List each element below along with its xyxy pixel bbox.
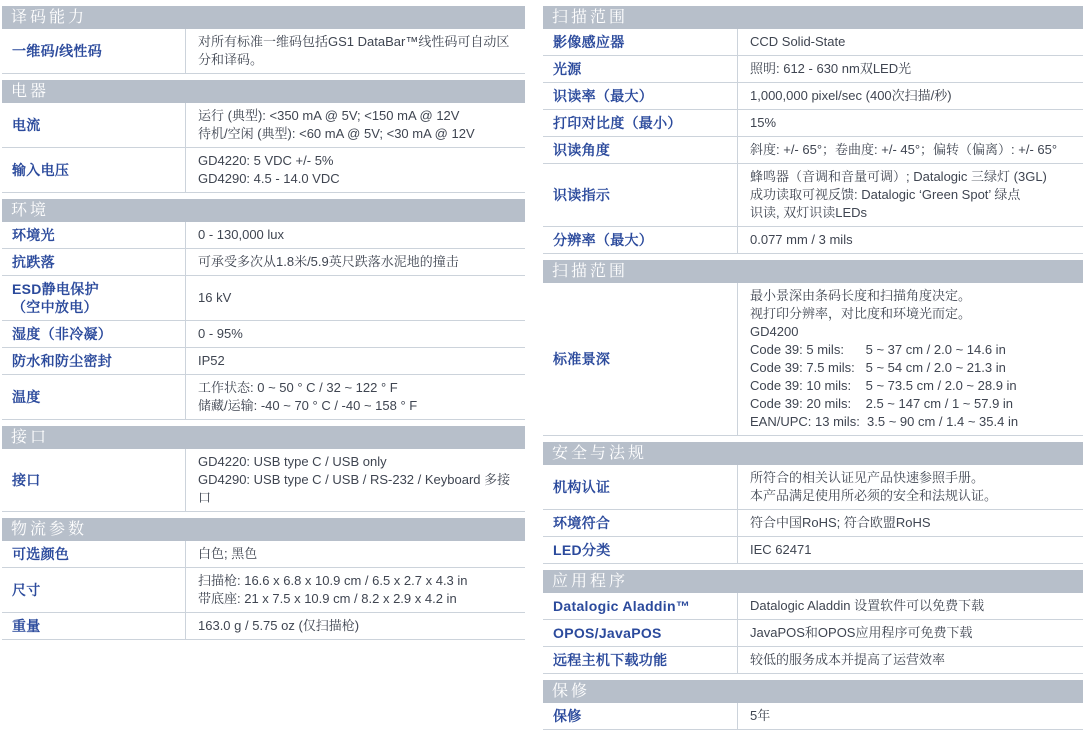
spec-value: 5年 — [737, 703, 1083, 729]
section-title: 应用程序 — [543, 570, 1083, 593]
spec-value: 白色; 黑色 — [185, 541, 525, 567]
spec-label: 尺寸 — [2, 568, 185, 612]
spec-label: 温度 — [2, 375, 185, 419]
spec-value: 扫描枪: 16.6 x 6.8 x 10.9 cm / 6.5 x 2.7 x … — [185, 568, 525, 612]
section-rows: 机构认证 所符合的相关认证见产品快速参照手册。 本产品满足使用所必须的安全和法规… — [543, 465, 1083, 564]
spec-section: 接口 接口 GD4220: USB type C / USB only GD42… — [2, 426, 525, 512]
section-title: 扫描范围 — [543, 6, 1083, 29]
spec-label: ESD静电保护 （空中放电） — [2, 276, 185, 320]
spec-row: 抗跌落 可承受多次从1.8米/5.9英尺跌落水泥地的撞击 — [2, 249, 525, 276]
spec-row: 光源 照明: 612 - 630 nm双LED光 — [543, 56, 1083, 83]
spec-column-right: 扫描范围 影像感应器 CCD Solid-State 光源 照明: 612 - … — [543, 6, 1083, 745]
spec-label: 接口 — [2, 449, 185, 511]
spec-label: 防水和防尘密封 — [2, 348, 185, 374]
spec-label: 标准景深 — [543, 283, 737, 435]
spec-value: 16 kV — [185, 276, 525, 320]
spec-row: 标准景深 最小景深由条码长度和扫描角度决定。 视打印分辨率，对比度和环境光而定。… — [543, 283, 1083, 436]
section-rows: 影像感应器 CCD Solid-State 光源 照明: 612 - 630 n… — [543, 29, 1083, 254]
spec-row: 电流 运行 (典型): <350 mA @ 5V; <150 mA @ 12V … — [2, 103, 525, 148]
spec-label: 环境光 — [2, 222, 185, 248]
spec-section: 扫描范围 影像感应器 CCD Solid-State 光源 照明: 612 - … — [543, 6, 1083, 254]
spec-row: 机构认证 所符合的相关认证见产品快速参照手册。 本产品满足使用所必须的安全和法规… — [543, 465, 1083, 510]
section-rows: Datalogic Aladdin™ Datalogic Aladdin 设置软… — [543, 593, 1083, 674]
spec-label: 可选颜色 — [2, 541, 185, 567]
section-title: 接口 — [2, 426, 525, 449]
spec-label: 识读率（最大） — [543, 83, 737, 109]
spec-column-left: 译码能力 一维码/线性码 对所有标准一维码包括GS1 DataBar™线性码可自… — [2, 6, 525, 745]
section-title: 译码能力 — [2, 6, 525, 29]
spec-label: 电流 — [2, 103, 185, 147]
spec-label: 输入电压 — [2, 148, 185, 192]
spec-value: 较低的服务成本并提高了运营效率 — [737, 647, 1083, 673]
spec-value: 符合中国RoHS; 符合欧盟RoHS — [737, 510, 1083, 536]
section-rows: 接口 GD4220: USB type C / USB only GD4290:… — [2, 449, 525, 512]
spec-row: LED分类 IEC 62471 — [543, 537, 1083, 564]
spec-value: Datalogic Aladdin 设置软件可以免费下载 — [737, 593, 1083, 619]
spec-value: 1,000,000 pixel/sec (400次扫描/秒) — [737, 83, 1083, 109]
spec-label: 远程主机下载功能 — [543, 647, 737, 673]
section-title: 物流参数 — [2, 518, 525, 541]
spec-value: 0 - 130,000 lux — [185, 222, 525, 248]
spec-label: 打印对比度（最小） — [543, 110, 737, 136]
spec-label: 机构认证 — [543, 465, 737, 509]
spec-label: 保修 — [543, 703, 737, 729]
spec-label: 抗跌落 — [2, 249, 185, 275]
spec-row: 识读角度 斜度: +/- 65°；卷曲度: +/- 45°；偏转（偏离）: +/… — [543, 137, 1083, 164]
spec-value: IP52 — [185, 348, 525, 374]
section-rows: 环境光 0 - 130,000 lux 抗跌落 可承受多次从1.8米/5.9英尺… — [2, 222, 525, 420]
datasheet-spec-page: 译码能力 一维码/线性码 对所有标准一维码包括GS1 DataBar™线性码可自… — [0, 0, 1086, 745]
spec-row: 影像感应器 CCD Solid-State — [543, 29, 1083, 56]
section-rows: 一维码/线性码 对所有标准一维码包括GS1 DataBar™线性码可自动区分和译… — [2, 29, 525, 74]
spec-value: GD4220: 5 VDC +/- 5% GD4290: 4.5 - 14.0 … — [185, 148, 525, 192]
spec-label: OPOS/JavaPOS — [543, 620, 737, 646]
spec-row: 温度 工作状态: 0 ~ 50 ° C / 32 ~ 122 ° F 储藏/运输… — [2, 375, 525, 420]
spec-value: 对所有标准一维码包括GS1 DataBar™线性码可自动区分和译码。 — [185, 29, 525, 73]
section-title: 环境 — [2, 199, 525, 222]
spec-row: 尺寸 扫描枪: 16.6 x 6.8 x 10.9 cm / 6.5 x 2.7… — [2, 568, 525, 613]
spec-row: 重量 163.0 g / 5.75 oz (仅扫描枪) — [2, 613, 525, 640]
spec-row: 保修 5年 — [543, 703, 1083, 730]
section-rows: 标准景深 最小景深由条码长度和扫描角度决定。 视打印分辨率，对比度和环境光而定。… — [543, 283, 1083, 436]
spec-label: 影像感应器 — [543, 29, 737, 55]
spec-label: 识读角度 — [543, 137, 737, 163]
spec-section: 安全与法规 机构认证 所符合的相关认证见产品快速参照手册。 本产品满足使用所必须… — [543, 442, 1083, 564]
spec-section: 保修 保修 5年 — [543, 680, 1083, 730]
spec-value: 工作状态: 0 ~ 50 ° C / 32 ~ 122 ° F 储藏/运输: -… — [185, 375, 525, 419]
section-rows: 电流 运行 (典型): <350 mA @ 5V; <150 mA @ 12V … — [2, 103, 525, 193]
spec-value: 0 - 95% — [185, 321, 525, 347]
spec-label: 湿度（非冷凝） — [2, 321, 185, 347]
spec-label: 光源 — [543, 56, 737, 82]
spec-row: 可选颜色 白色; 黑色 — [2, 541, 525, 568]
section-rows: 保修 5年 — [543, 703, 1083, 730]
spec-section: 电器 电流 运行 (典型): <350 mA @ 5V; <150 mA @ 1… — [2, 80, 525, 193]
spec-row: OPOS/JavaPOS JavaPOS和OPOS应用程序可免费下载 — [543, 620, 1083, 647]
spec-row: ESD静电保护 （空中放电） 16 kV — [2, 276, 525, 321]
spec-row: 一维码/线性码 对所有标准一维码包括GS1 DataBar™线性码可自动区分和译… — [2, 29, 525, 74]
spec-value: 照明: 612 - 630 nm双LED光 — [737, 56, 1083, 82]
spec-row: 接口 GD4220: USB type C / USB only GD4290:… — [2, 449, 525, 512]
spec-value: 斜度: +/- 65°；卷曲度: +/- 45°；偏转（偏离）: +/- 65° — [737, 137, 1083, 163]
section-title: 电器 — [2, 80, 525, 103]
spec-row: 识读指示 蜂鸣器（音调和音量可调）; Datalogic 三绿灯 (3GL) 成… — [543, 164, 1083, 227]
spec-row: 输入电压 GD4220: 5 VDC +/- 5% GD4290: 4.5 - … — [2, 148, 525, 193]
spec-label: 分辨率（最大） — [543, 227, 737, 253]
spec-row: 分辨率（最大） 0.077 mm / 3 mils — [543, 227, 1083, 254]
spec-value: 可承受多次从1.8米/5.9英尺跌落水泥地的撞击 — [185, 249, 525, 275]
spec-row: 打印对比度（最小） 15% — [543, 110, 1083, 137]
section-rows: 可选颜色 白色; 黑色 尺寸 扫描枪: 16.6 x 6.8 x 10.9 cm… — [2, 541, 525, 640]
spec-label: LED分类 — [543, 537, 737, 563]
spec-section: 物流参数 可选颜色 白色; 黑色 尺寸 扫描枪: 16.6 x 6.8 x 10… — [2, 518, 525, 640]
spec-label: 环境符合 — [543, 510, 737, 536]
spec-row: 防水和防尘密封 IP52 — [2, 348, 525, 375]
spec-label: 一维码/线性码 — [2, 29, 185, 73]
spec-section: 译码能力 一维码/线性码 对所有标准一维码包括GS1 DataBar™线性码可自… — [2, 6, 525, 74]
spec-value: 运行 (典型): <350 mA @ 5V; <150 mA @ 12V 待机/… — [185, 103, 525, 147]
spec-value: 15% — [737, 110, 1083, 136]
section-title: 安全与法规 — [543, 442, 1083, 465]
spec-value: 蜂鸣器（音调和音量可调）; Datalogic 三绿灯 (3GL) 成功读取可视… — [737, 164, 1083, 226]
section-title: 扫描范围 — [543, 260, 1083, 283]
spec-row: 湿度（非冷凝） 0 - 95% — [2, 321, 525, 348]
spec-value: GD4220: USB type C / USB only GD4290: US… — [185, 449, 525, 511]
spec-section: 环境 环境光 0 - 130,000 lux 抗跌落 可承受多次从1.8米/5.… — [2, 199, 525, 420]
spec-value: IEC 62471 — [737, 537, 1083, 563]
spec-label: Datalogic Aladdin™ — [543, 593, 737, 619]
spec-value: 所符合的相关认证见产品快速参照手册。 本产品满足使用所必须的安全和法规认证。 — [737, 465, 1083, 509]
spec-row: 环境符合 符合中国RoHS; 符合欧盟RoHS — [543, 510, 1083, 537]
spec-value: 163.0 g / 5.75 oz (仅扫描枪) — [185, 613, 525, 639]
spec-row: Datalogic Aladdin™ Datalogic Aladdin 设置软… — [543, 593, 1083, 620]
spec-row: 识读率（最大） 1,000,000 pixel/sec (400次扫描/秒) — [543, 83, 1083, 110]
section-title: 保修 — [543, 680, 1083, 703]
spec-row: 环境光 0 - 130,000 lux — [2, 222, 525, 249]
spec-value: JavaPOS和OPOS应用程序可免费下载 — [737, 620, 1083, 646]
spec-label: 重量 — [2, 613, 185, 639]
spec-row: 远程主机下载功能 较低的服务成本并提高了运营效率 — [543, 647, 1083, 674]
spec-value: 最小景深由条码长度和扫描角度决定。 视打印分辨率，对比度和环境光而定。 GD42… — [737, 283, 1083, 435]
spec-section: 扫描范围 标准景深 最小景深由条码长度和扫描角度决定。 视打印分辨率，对比度和环… — [543, 260, 1083, 436]
spec-section: 应用程序 Datalogic Aladdin™ Datalogic Aladdi… — [543, 570, 1083, 674]
spec-label: 识读指示 — [543, 164, 737, 226]
spec-value: 0.077 mm / 3 mils — [737, 227, 1083, 253]
spec-value: CCD Solid-State — [737, 29, 1083, 55]
